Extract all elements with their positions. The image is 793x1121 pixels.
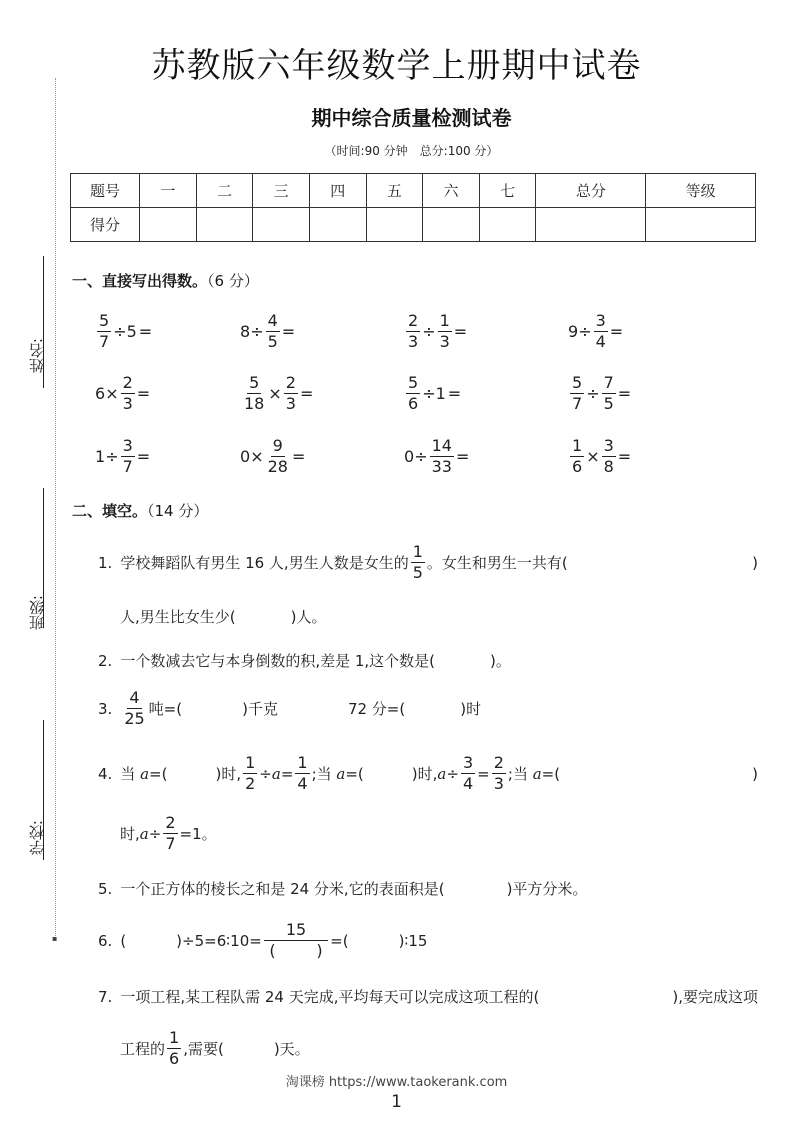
fraction: 34 [461, 755, 475, 792]
divide-sign: ÷ [113, 322, 126, 341]
problem-1-12: 16 × 38 = [568, 438, 631, 475]
multiply-sign: × [268, 384, 281, 403]
divide-sign: ÷ [422, 384, 435, 403]
problem-1-3: 23 ÷ 13 = [404, 313, 467, 350]
question-2-5: 5. 一个正方体的棱长之和是 24 分米,它的表面积是( )平方分米。 [98, 878, 587, 899]
column-header: 七 [479, 174, 536, 208]
section1-points: （6 分） [207, 272, 259, 290]
question-number: 5. [98, 880, 112, 898]
column-header-total: 总分 [536, 174, 646, 208]
page-number: 1 [0, 1092, 793, 1112]
problem-1-4: 9÷ 34 = [568, 313, 623, 350]
score-cell[interactable] [196, 208, 253, 242]
question-2-3: 3. 425 吨=( )千克 72 分=( )时 [98, 690, 481, 727]
divide-sign: ÷ [422, 322, 435, 341]
section2-points: （14 分） [147, 502, 208, 520]
fraction: 16 [167, 1030, 181, 1067]
binding-line-end-mark: ▪ [52, 934, 57, 943]
column-header: 二 [196, 174, 253, 208]
name-label: 姓名: [26, 338, 47, 373]
question-2-2: 2. 一个数减去它与本身倒数的积,差是 1,这个数是( )。 [98, 650, 511, 671]
column-header: 三 [253, 174, 310, 208]
source-watermark: 淘课榜 https://www.taokerank.com [0, 1071, 793, 1090]
question-2-1: 1. 学校舞蹈队有男生 16 人,男生人数是女生的 15 。女生和男生一共有( … [98, 544, 758, 581]
fraction: 425 [122, 690, 146, 727]
fraction: 15( ) [264, 922, 328, 959]
question-number: 1. [98, 554, 112, 572]
section2-heading: 二、填空。（14 分） [72, 500, 208, 521]
problem-1-5: 6× 23 = [95, 375, 150, 412]
fraction: 12 [243, 755, 257, 792]
problem-1-1: 57 ÷5= [95, 313, 152, 350]
score-cell[interactable] [253, 208, 310, 242]
divide-sign: ÷ [105, 447, 118, 466]
problem-1-9: 1÷ 37 = [95, 438, 150, 475]
row-header-score: 得分 [71, 208, 140, 242]
divide-sign: ÷ [578, 322, 591, 341]
fraction: 27 [163, 815, 177, 852]
problem-1-6: 518 × 23 = [240, 375, 313, 412]
column-header: 一 [140, 174, 197, 208]
question-number: 7. [98, 988, 112, 1006]
exam-subtitle: 期中综合质量检测试卷 [0, 102, 793, 131]
problem-1-11: 0÷ 1433 = [404, 438, 469, 475]
question-number: 6. [98, 932, 112, 950]
question-2-1-line2: 人,男生比女生少( )人。 [120, 606, 326, 627]
column-header-grade: 等级 [646, 174, 756, 208]
table-row-scores: 得分 [71, 208, 756, 242]
divide-sign: ÷ [586, 384, 599, 403]
question-2-7-line2: 工程的 16 ,需要( )天。 [120, 1030, 310, 1067]
section1-heading: 一、直接写出得数。（6 分） [72, 270, 259, 291]
fraction: 15 [411, 544, 425, 581]
question-2-7: 7. 一项工程,某工程队需 24 天完成,平均每天可以完成这项工程的( ),要完… [98, 986, 758, 1007]
exam-info: （时间:90 分钟 总分:100 分） [0, 142, 793, 159]
multiply-sign: × [250, 447, 263, 466]
score-cell-grade[interactable] [646, 208, 756, 242]
question-2-4: 4. 当 a=( )时, 12 ÷a= 14 ;当 a=( )时,a÷ 34 =… [98, 755, 758, 792]
score-table: 题号 一 二 三 四 五 六 七 总分 等级 得分 [70, 173, 756, 242]
score-cell[interactable] [479, 208, 536, 242]
row-header-question-number: 题号 [71, 174, 140, 208]
main-title: 苏教版六年级数学上册期中试卷 [0, 38, 793, 87]
score-cell-total[interactable] [536, 208, 646, 242]
answer-blank[interactable]: ( ) [267, 941, 324, 959]
question-number: 4. [98, 765, 112, 783]
multiply-sign: × [586, 447, 599, 466]
multiply-sign: × [105, 384, 118, 403]
column-header: 五 [366, 174, 423, 208]
problem-1-10: 0× 928 = [240, 438, 305, 475]
divide-sign: ÷ [250, 322, 263, 341]
problem-1-7: 56 ÷1= [404, 375, 461, 412]
question-2-6: 6. ( )÷5=6∶10= 15( ) =( )∶15 [98, 922, 427, 959]
class-label: 班级: [26, 595, 47, 630]
column-header: 四 [309, 174, 366, 208]
fraction: 23 [492, 755, 506, 792]
section2-title: 二、填空。 [72, 502, 147, 520]
question-2-4-line2: 时,a÷ 27 =1。 [120, 815, 217, 852]
score-cell[interactable] [140, 208, 197, 242]
score-cell[interactable] [309, 208, 366, 242]
school-label: 学校: [26, 820, 47, 855]
score-cell[interactable] [423, 208, 480, 242]
section1-title: 一、直接写出得数。 [72, 272, 207, 290]
fraction: 14 [295, 755, 309, 792]
table-row-question-numbers: 题号 一 二 三 四 五 六 七 总分 等级 [71, 174, 756, 208]
problem-1-8: 57 ÷ 75 = [568, 375, 631, 412]
question-number: 3. [98, 700, 112, 718]
binding-dotted-line [55, 78, 56, 940]
column-header: 六 [423, 174, 480, 208]
problem-1-2: 8÷ 45 = [240, 313, 295, 350]
score-cell[interactable] [366, 208, 423, 242]
divide-sign: ÷ [414, 447, 427, 466]
question-number: 2. [98, 652, 112, 670]
